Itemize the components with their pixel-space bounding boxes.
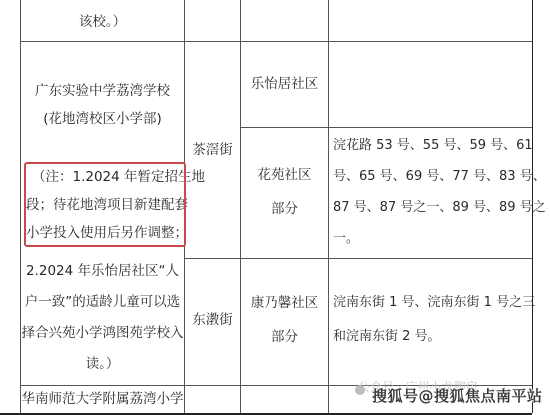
note2-line: 2.2024 年乐怡居社区“人	[22, 256, 184, 287]
range-line: 浣花路 53 号、55 号、59 号、61	[333, 130, 546, 161]
document-page: 该校。） 广东实验中学荔湾学校 (花地湾校区小学部) （注：1.2024 年暂定…	[0, 0, 550, 415]
watermark: 搜狐号@搜狐焦点南平站	[372, 385, 543, 406]
community-name: 康乃馨社区	[251, 286, 319, 320]
highlight-box	[24, 162, 186, 247]
note2-cell: 2.2024 年乐怡居社区“人 户一致”的适龄儿童可以选 择合兴苑小学鸿图苑学校…	[21, 256, 184, 380]
range-cell-kangnaixin: 浣南东街 1 号、浣南东街 1 号之三 和浣南东街 2 号。	[333, 290, 529, 350]
street-name: 东漖街	[192, 306, 233, 334]
community-name: 部分	[251, 320, 319, 354]
school-name-line: 广东实验中学荔湾学校	[35, 77, 170, 105]
note2-line: 户一致”的适龄儿童可以选	[22, 287, 184, 318]
community-cell-leyiju: 乐怡居社区	[241, 70, 328, 98]
street-name: 茶滘街	[192, 136, 233, 164]
row-divider-2	[184, 258, 532, 259]
school-cell-guangshi: 广东实验中学荔湾学校 (花地湾校区小学部)	[21, 76, 184, 134]
range-line: 87 号、87 号之一、89 号、89 号之	[333, 192, 546, 223]
row-divider-community-1	[240, 127, 532, 128]
row-divider-1	[20, 41, 532, 42]
range-cell-huayuan: 浣花路 53 号、55 号、59 号、61 号、65 号、69 号、77 号、8…	[333, 130, 529, 254]
street-cell-chajiao: 茶滘街	[185, 136, 240, 164]
table-divider-col3	[328, 0, 329, 413]
range-line: 一。	[333, 223, 546, 254]
school-cell-prev-tail: 该校。）	[21, 8, 184, 36]
note2-line: 读。）	[22, 349, 184, 380]
note2-line: 择合兴苑小学鸿图苑学校入	[22, 318, 184, 349]
school-name-line: (花地湾校区小学部)	[35, 105, 170, 133]
community-name: 花苑社区	[258, 158, 312, 192]
community-name: 乐怡居社区	[251, 70, 319, 98]
range-line: 浣南东街 1 号、浣南东街 1 号之三	[333, 286, 535, 320]
community-cell-kangnaixin: 康乃馨社区 部分	[241, 288, 328, 352]
community-cell-huayuan: 花苑社区 部分	[241, 160, 328, 224]
range-line: 和浣南东街 2 号。	[333, 320, 535, 354]
school-cell-huashi: 华南师范大学附属荔湾小学	[21, 386, 184, 412]
range-line: 号、65 号、69 号、77 号、83 号、	[333, 161, 546, 192]
school-text: 该校。）	[79, 8, 126, 36]
community-name: 部分	[258, 192, 312, 226]
school-name: 华南师范大学附属荔湾小学	[22, 385, 184, 413]
street-cell-dongjiao: 东漖街	[185, 306, 240, 334]
